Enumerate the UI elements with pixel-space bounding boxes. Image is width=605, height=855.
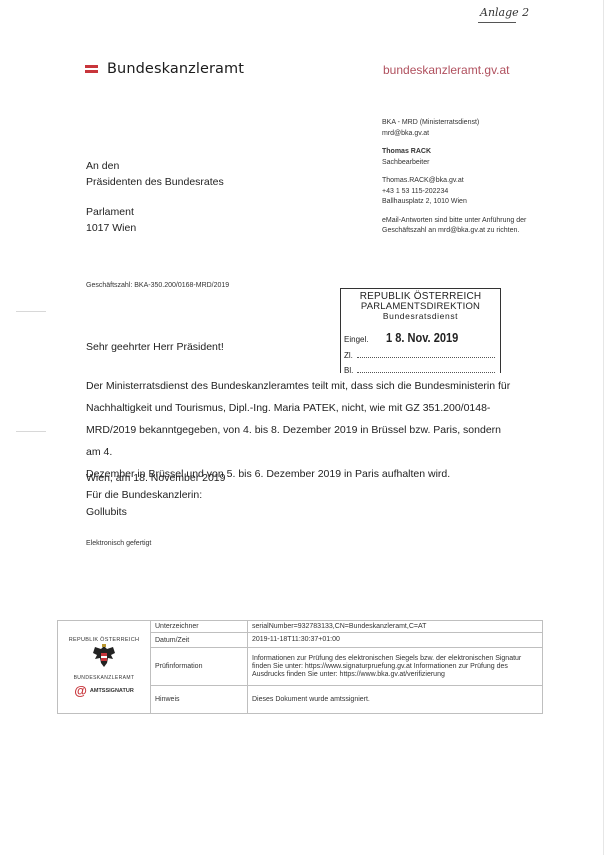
annex-annotation: Anlage 2 bbox=[480, 6, 529, 19]
fold-mark bbox=[16, 431, 46, 432]
stamp-bl-label: Bl. bbox=[344, 366, 353, 375]
seal-org: BUNDESKANZLERAMT bbox=[60, 675, 148, 681]
recipient-line: Präsidenten des Bundesrates bbox=[86, 174, 224, 190]
recipient-line: Parlament bbox=[86, 204, 224, 220]
row-value: Informationen zur Prüfung des elektronis… bbox=[248, 648, 543, 686]
stamp-zl-dots bbox=[357, 349, 495, 358]
recipient-line: 1017 Wien bbox=[86, 220, 224, 236]
stamp-received-date: 1 8. Nov. 2019 bbox=[386, 330, 458, 345]
sender-address: Ballhausplatz 2, 1010 Wien bbox=[382, 197, 526, 208]
eagle-coat-of-arms-icon bbox=[91, 643, 117, 671]
salutation: Sehr geehrter Herr Präsident! bbox=[86, 341, 224, 353]
stamp-line2: PARLAMENTSDIREKTION bbox=[341, 302, 500, 311]
logo-text: Bundeskanzleramt bbox=[107, 61, 244, 77]
receipt-stamp: REPUBLIK ÖSTERREICH PARLAMENTSDIREKTION … bbox=[340, 288, 501, 373]
on-behalf: Für die Bundeskanzlerin: bbox=[86, 487, 225, 504]
sender-role: Sachbearbeiter bbox=[382, 158, 526, 169]
body-line: Nachhaltigkeit und Tourismus, Dipl.-Ing.… bbox=[86, 397, 516, 419]
sender-department: BKA - MRD (Ministerratsdienst) bbox=[382, 118, 526, 129]
sender-name: Thomas RACK bbox=[382, 148, 431, 155]
letterhead-logo: Bundeskanzleramt bbox=[85, 61, 244, 77]
amtssignatur-badge: @ AMTSSIGNATUR bbox=[60, 685, 148, 697]
signatory: Gollubits bbox=[86, 504, 225, 521]
row-value: Dieses Dokument wurde amtssigniert. bbox=[248, 686, 543, 714]
electronic-note: Elektronisch gefertigt bbox=[86, 540, 151, 547]
row-value: serialNumber=932783133,CN=Bundeskanzlera… bbox=[248, 621, 543, 633]
annex-underline bbox=[478, 22, 516, 23]
austrian-flag-icon bbox=[85, 65, 98, 73]
body-line: Der Ministerratsdienst des Bundeskanzler… bbox=[86, 375, 516, 397]
recipient-line: An den bbox=[86, 158, 224, 174]
page-edge bbox=[603, 0, 604, 855]
website-link[interactable]: bundeskanzleramt.gv.at bbox=[383, 63, 510, 77]
stamp-zl-label: Zl. bbox=[344, 351, 353, 360]
sender-phone: +43 1 53 115-202234 bbox=[382, 187, 526, 198]
official-seal: REPUBLIK ÖSTERREICH BUNDESKANZLERAMT @ A… bbox=[58, 621, 151, 714]
row-label: Datum/Zeit bbox=[151, 633, 248, 648]
stamp-bl-dots bbox=[357, 364, 495, 373]
row-label: Hinweis bbox=[151, 686, 248, 714]
body-line: MRD/2019 bekanntgegeben, von 4. bis 8. D… bbox=[86, 419, 516, 463]
closing-block: Wien, am 18. November 2019 Für die Bunde… bbox=[86, 470, 225, 521]
stamp-line3: Bundesratsdienst bbox=[341, 311, 500, 321]
amtssignatur-label: AMTSSIGNATUR bbox=[90, 688, 134, 694]
reference-number: Geschäftszahl: BKA-350.200/0168-MRD/2019 bbox=[86, 282, 229, 289]
fold-mark bbox=[16, 311, 46, 312]
stamp-received-label: Eingel. bbox=[344, 335, 368, 344]
sender-note-line2: Geschäftszahl an mrd@bka.gv.at zu richte… bbox=[382, 226, 526, 237]
letter-body: Der Ministerratsdienst des Bundeskanzler… bbox=[86, 375, 516, 485]
sender-email[interactable]: Thomas.RACK@bka.gv.at bbox=[382, 176, 526, 187]
row-value: 2019-11-18T11:30:37+01:00 bbox=[248, 633, 543, 648]
place-date: Wien, am 18. November 2019 bbox=[86, 470, 225, 487]
row-label: Unterzeichner bbox=[151, 621, 248, 633]
row-label: Prüfinformation bbox=[151, 648, 248, 686]
recipient-address: An den Präsidenten des Bundesrates Parla… bbox=[86, 158, 224, 236]
at-sign-icon: @ bbox=[74, 685, 87, 697]
sender-block: BKA - MRD (Ministerratsdienst) mrd@bka.g… bbox=[382, 118, 526, 237]
sender-department-email[interactable]: mrd@bka.gv.at bbox=[382, 129, 526, 140]
signature-table: REPUBLIK ÖSTERREICH BUNDESKANZLERAMT @ A… bbox=[57, 620, 543, 714]
sender-note-line1: eMail-Antworten sind bitte unter Anführu… bbox=[382, 216, 526, 227]
